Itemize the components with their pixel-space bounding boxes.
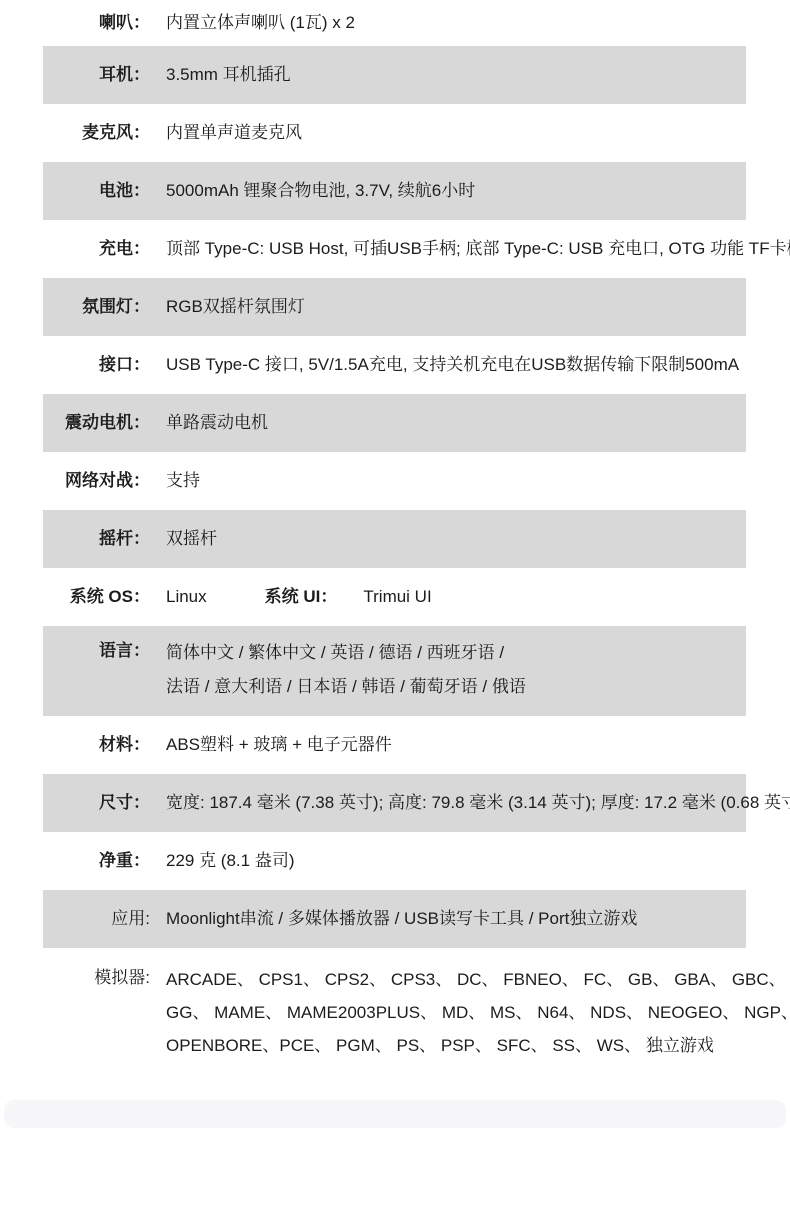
spec-row-ambient-light: 氛围灯： RGB双摇杆氛围灯 (0, 278, 790, 336)
system-ui-value: Trimui UI (363, 587, 431, 606)
spec-row-microphone: 麦克风： 内置单声道麦克风 (0, 104, 790, 162)
spec-label-net-weight: 净重： (0, 846, 150, 876)
spec-label-vibration-motor: 震动电机： (0, 408, 150, 438)
spec-row-headphone: 耳机： 3.5mm 耳机插孔 (0, 46, 790, 104)
spec-value-system: Linux系统 UI：Trimui UI (166, 582, 790, 612)
emulators-line-2: GG、 MAME、 MAME2003PLUS、 MD、 MS、 N64、 NDS… (166, 996, 790, 1029)
spec-label-system-ui: 系统 UI： (265, 587, 338, 606)
spec-label-system-os: 系统 OS： (0, 582, 150, 612)
spec-value-dimensions: 宽度: 187.4 毫米 (7.38 英寸); 高度: 79.8 毫米 (3.1… (166, 788, 790, 818)
spec-label-charging: 充电： (0, 234, 150, 264)
spec-value-network-battle: 支持 (166, 466, 790, 496)
system-os-value: Linux (166, 587, 207, 606)
spec-label-microphone: 麦克风： (0, 118, 150, 148)
emulators-line-1: ARCADE、 CPS1、 CPS2、 CPS3、 DC、 FBNEO、 FC、… (166, 963, 790, 996)
spec-row-net-weight: 净重： 229 克 (8.1 盎司) (0, 832, 790, 890)
spec-row-speaker: 喇叭： 内置立体声喇叭 (1瓦) x 2 (0, 0, 790, 46)
spec-label-language: 语言： (0, 636, 150, 666)
spec-row-charging: 充电： 顶部 Type-C: USB Host, 可插USB手柄; 底部 Typ… (0, 220, 790, 278)
spec-value-vibration-motor: 单路震动电机 (166, 408, 790, 438)
spec-value-headphone: 3.5mm 耳机插孔 (166, 60, 790, 90)
spec-row-battery: 电池： 5000mAh 锂聚合物电池, 3.7V, 续航6小时 (0, 162, 790, 220)
footer-band (4, 1100, 786, 1128)
spec-label-speaker: 喇叭： (0, 8, 150, 38)
spec-row-apps: 应用: Moonlight串流 / 多媒体播放器 / USB读写卡工具 / Po… (0, 890, 790, 948)
spec-row-dimensions: 尺寸： 宽度: 187.4 毫米 (7.38 英寸); 高度: 79.8 毫米 … (0, 774, 790, 832)
spec-label-port: 接口： (0, 350, 150, 380)
spec-value-language: 简体中文 / 繁体中文 / 英语 / 德语 / 西班牙语 / 法语 / 意大利语… (166, 636, 790, 704)
spec-value-microphone: 内置单声道麦克风 (166, 118, 790, 148)
spec-row-port: 接口： USB Type-C 接口, 5V/1.5A充电, 支持关机充电在USB… (0, 336, 790, 394)
language-line-2: 法语 / 意大利语 / 日本语 / 韩语 / 葡萄牙语 / 俄语 (166, 670, 790, 704)
spec-row-vibration-motor: 震动电机： 单路震动电机 (0, 394, 790, 452)
spec-label-emulators: 模拟器: (0, 963, 150, 993)
spec-label-apps: 应用: (0, 904, 150, 934)
spec-row-emulators: 模拟器: ARCADE、 CPS1、 CPS2、 CPS3、 DC、 FBNEO… (0, 948, 790, 1078)
spec-label-material: 材料： (0, 730, 150, 760)
spec-row-language: 语言： 简体中文 / 繁体中文 / 英语 / 德语 / 西班牙语 / 法语 / … (0, 626, 790, 716)
spec-label-dimensions: 尺寸： (0, 788, 150, 818)
spec-value-net-weight: 229 克 (8.1 盎司) (166, 846, 790, 876)
spec-row-joystick: 摇杆： 双摇杆 (0, 510, 790, 568)
spec-label-network-battle: 网络对战： (0, 466, 150, 496)
spec-label-joystick: 摇杆： (0, 524, 150, 554)
emulators-line-3: OPENBORE、PCE、 PGM、 PS、 PSP、 SFC、 SS、 WS、… (166, 1029, 790, 1062)
spec-row-material: 材料： ABS塑料 + 玻璃 + 电子元器件 (0, 716, 790, 774)
spec-value-apps: Moonlight串流 / 多媒体播放器 / USB读写卡工具 / Port独立… (166, 904, 790, 934)
spec-value-speaker: 内置立体声喇叭 (1瓦) x 2 (166, 8, 790, 38)
spec-table: 喇叭： 内置立体声喇叭 (1瓦) x 2 耳机： 3.5mm 耳机插孔 麦克风：… (0, 0, 790, 1078)
spec-label-battery: 电池： (0, 176, 150, 206)
spec-label-headphone: 耳机： (0, 60, 150, 90)
spec-row-network-battle: 网络对战： 支持 (0, 452, 790, 510)
spec-value-ambient-light: RGB双摇杆氛围灯 (166, 292, 790, 322)
spec-value-emulators: ARCADE、 CPS1、 CPS2、 CPS3、 DC、 FBNEO、 FC、… (166, 963, 790, 1062)
spec-value-material: ABS塑料 + 玻璃 + 电子元器件 (166, 730, 790, 760)
spec-value-charging: 顶部 Type-C: USB Host, 可插USB手柄; 底部 Type-C:… (166, 234, 790, 264)
spec-row-system: 系统 OS： Linux系统 UI：Trimui UI (0, 568, 790, 626)
language-line-1: 简体中文 / 繁体中文 / 英语 / 德语 / 西班牙语 / (166, 636, 790, 670)
spec-label-ambient-light: 氛围灯： (0, 292, 150, 322)
spec-value-port: USB Type-C 接口, 5V/1.5A充电, 支持关机充电在USB数据传输… (166, 350, 790, 380)
spec-value-joystick: 双摇杆 (166, 524, 790, 554)
spec-value-battery: 5000mAh 锂聚合物电池, 3.7V, 续航6小时 (166, 176, 790, 206)
